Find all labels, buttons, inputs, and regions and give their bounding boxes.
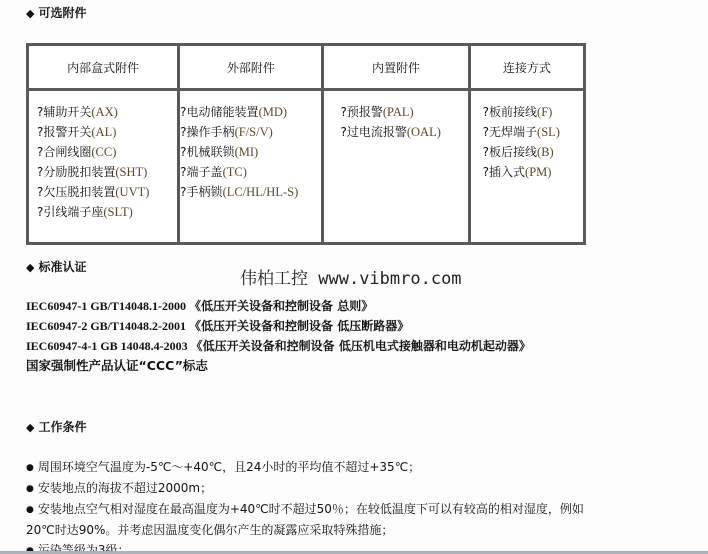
list-item: ?端子盖(TC)	[180, 162, 321, 182]
conditions-list: ●周围环境空气温度为-5℃～+40℃，且24小时的平均值不超过+35℃； ●安装…	[26, 457, 606, 554]
watermark-brand: 伟柏工控	[240, 269, 308, 289]
table-header-row: 内部盒式附件 外部附件 内置附件 连接方式	[28, 45, 585, 90]
condition-item: ●安装地点的海拔不超过2000m；	[26, 478, 606, 499]
section-title-text: 标准认证	[38, 260, 86, 274]
section-title-text: 可选附件	[38, 6, 86, 20]
standards-list: IEC60947-1 GB/T14048.1-2000 《低压开关设备和控制设备…	[26, 296, 586, 376]
list-item: ?欠压脱扣装置(UVT)	[37, 182, 177, 202]
bullet-icon: ●	[26, 463, 34, 473]
list-item: ?预报警(PAL)	[340, 102, 467, 122]
list-item: ?报警开关(AL)	[37, 122, 177, 142]
bullet-icon: ●	[26, 505, 34, 515]
diamond-icon: ◆	[26, 7, 34, 20]
standard-line: IEC60947-1 GB/T14048.1-2000 《低压开关设备和控制设备…	[26, 296, 586, 316]
accessories-table: 内部盒式附件 外部附件 内置附件 连接方式 ?辅助开关(AX) ?报警开关(AL…	[26, 43, 586, 245]
list-item: ?合闸线圈(CC)	[37, 142, 177, 162]
section-title-certification: ◆标准认证	[26, 258, 86, 275]
condition-item: ●安装地点空气相对湿度在最高温度为+40℃时不超过50％；在较低温度下可以有较高…	[26, 499, 606, 540]
list-item: ?无焊端子(SL)	[483, 122, 583, 142]
list-item: ?过电流报警(OAL)	[340, 122, 467, 142]
header-internal-box: 内部盒式附件	[28, 45, 179, 90]
list-item: ?引线端子座(SLT)	[37, 202, 177, 222]
diamond-icon: ◆	[26, 421, 34, 434]
standard-line: IEC60947-4-1 GB 14048.4-2003 《低压开关设备和控制设…	[26, 336, 586, 356]
watermark: 伟柏工控 www.vibmro.com	[240, 264, 462, 289]
diamond-icon: ◆	[26, 261, 34, 274]
watermark-url: www.vibmro.com	[318, 269, 461, 289]
list-item: ?插入式(PM)	[483, 162, 583, 182]
list-item: ?操作手柄(F/S/V)	[180, 122, 321, 142]
internal-box-cell: ?辅助开关(AX) ?报警开关(AL) ?合闸线圈(CC) ?分励脱扣装置(SH…	[28, 90, 179, 244]
list-item: ?板前接线(F)	[483, 102, 583, 122]
external-cell: ?电动储能装置(MD) ?操作手柄(F/S/V) ?机械联锁(MI) ?端子盖(…	[179, 90, 323, 244]
section-title-conditions: ◆工作条件	[26, 418, 86, 435]
table-row: ?辅助开关(AX) ?报警开关(AL) ?合闸线圈(CC) ?分励脱扣装置(SH…	[28, 90, 585, 244]
list-item: ?手柄锁(LC/HL/HL-S)	[180, 182, 321, 202]
list-item: ?分励脱扣装置(SHT)	[37, 162, 177, 182]
section-title-text: 工作条件	[38, 420, 86, 434]
bullet-icon: ●	[26, 484, 34, 494]
list-item: ?电动储能装置(MD)	[180, 102, 321, 122]
condition-item: ●周围环境空气温度为-5℃～+40℃，且24小时的平均值不超过+35℃；	[26, 457, 606, 478]
ccc-mark-line: 国家强制性产品认证“CCC”标志	[26, 356, 586, 376]
list-item: ?板后接线(B)	[483, 142, 583, 162]
connection-cell: ?板前接线(F) ?无焊端子(SL) ?板后接线(B) ?插入式(PM)	[469, 90, 584, 244]
list-item: ?辅助开关(AX)	[37, 102, 177, 122]
header-external: 外部附件	[179, 45, 323, 90]
standard-line: IEC60947-2 GB/T14048.2-2001 《低压开关设备和控制设备…	[26, 316, 586, 336]
built-in-cell: ?预报警(PAL) ?过电流报警(OAL)	[323, 90, 469, 244]
section-title-accessories: ◆可选附件	[26, 4, 86, 21]
header-built-in: 内置附件	[323, 45, 469, 90]
list-item: ?机械联锁(MI)	[180, 142, 321, 162]
header-connection: 连接方式	[469, 45, 584, 90]
